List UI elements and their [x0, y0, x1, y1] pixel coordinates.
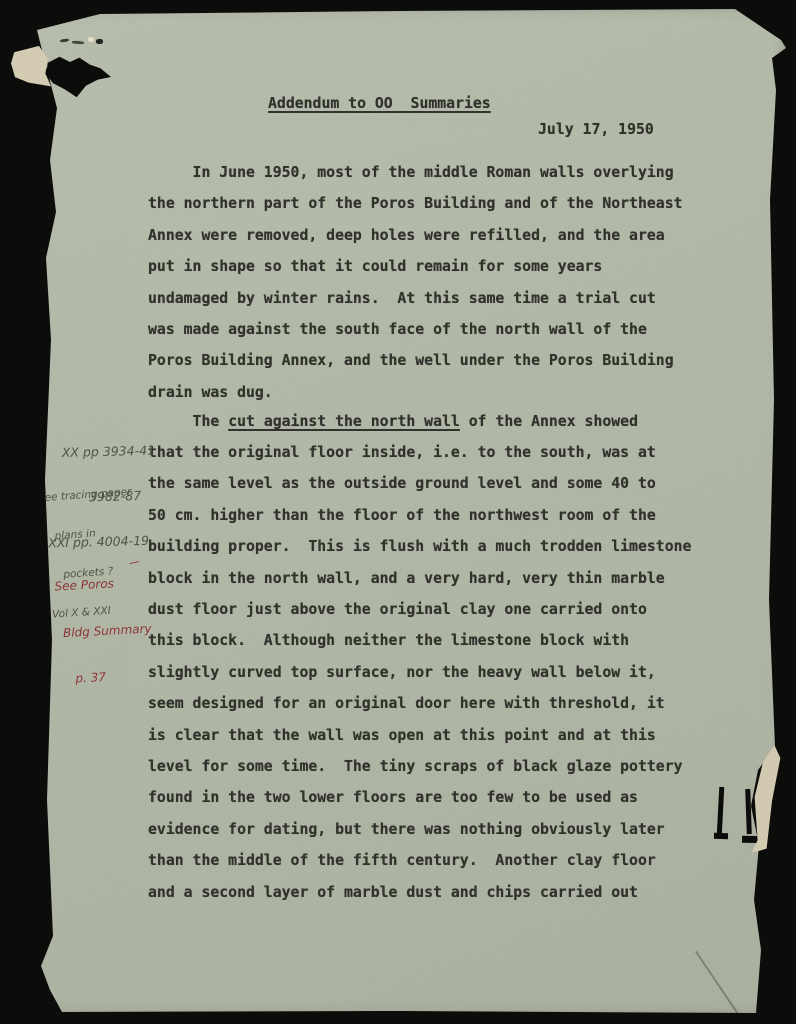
paragraph-1: In June 1950, most of the middle Roman w…	[148, 157, 683, 408]
paper-sheet: Addendum to OO Summaries July 17, 1950 I…	[0, 0, 796, 1024]
paragraph-2-lead-plain: The	[148, 413, 228, 430]
paper-tear-slit	[717, 787, 725, 836]
fold-crease	[695, 951, 744, 1023]
document-date: July 17, 1950	[538, 114, 654, 145]
pinhole-dark-speck	[96, 39, 103, 44]
margin-note-red-ink: See Poros Bldg Summary p. 37	[51, 544, 156, 719]
red-note-line-1: See Poros	[54, 575, 149, 595]
pencil-scribble-mark	[60, 38, 69, 42]
pencil-note-line-2: plans in	[54, 525, 134, 544]
paragraph-2-body: that the original floor inside, i.e. to …	[148, 437, 691, 908]
paragraph-2-lead: The cut against the north wall of the An…	[148, 406, 638, 437]
paper-tear-slit	[745, 789, 752, 834]
pencil-scribble-mark	[72, 41, 84, 44]
pinhole-light-speck	[88, 37, 94, 42]
red-note-line-3: p. 37	[75, 667, 154, 687]
scanned-document-page: Addendum to OO Summaries July 17, 1950 I…	[0, 0, 796, 1024]
pencil-note-line-1: See tracing paper	[38, 486, 132, 506]
document-title: Addendum to OO Summaries	[268, 88, 491, 119]
paragraph-2-lead-rest: of the Annex showed	[460, 413, 638, 430]
paragraph-2-lead-underlined: cut against the north wall	[228, 413, 460, 430]
paper-tear-notch	[714, 833, 728, 839]
red-note-line-2: Bldg Summary	[63, 621, 152, 641]
pencil-ref-1: XX pp 3934-41	[62, 443, 156, 460]
